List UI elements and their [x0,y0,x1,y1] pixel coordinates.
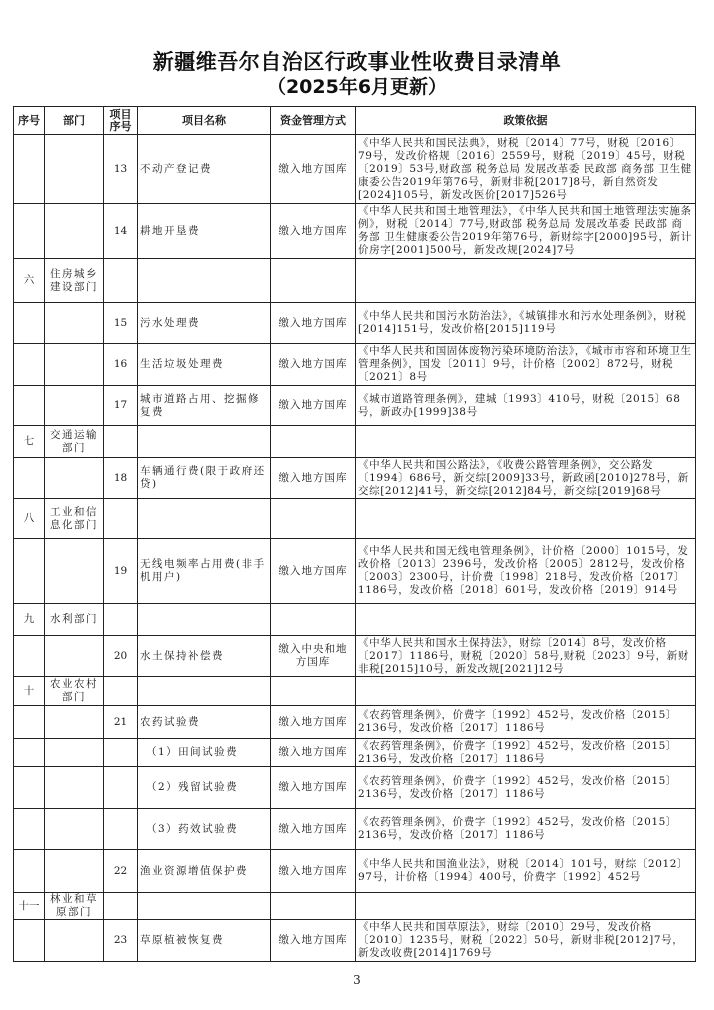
department-row: 十农业农村部门 [14,677,696,706]
row-policy-basis [356,677,696,706]
header-item-no: 项目 序号 [104,107,138,135]
row-fund-management: 缴入地方国库 [271,386,356,426]
row-no [14,636,45,677]
row-policy-basis [356,604,696,636]
row-item-no [104,893,138,920]
row-policy-basis: 《中华人民共和国固体废物污染环境防治法》，《城市市容和环境卫生管理条例》，国发〔… [356,344,696,386]
row-item-name [138,893,271,920]
row-fund-management: 缴入地方国库 [271,204,356,259]
row-fund-management: 缴入地方国库 [271,303,356,344]
row-policy-basis: 《中华人民共和国水土保持法》，财综〔2014〕8号，发改价格〔2017〕1186… [356,636,696,677]
row-item-name: 污水处理费 [138,303,271,344]
row-policy-basis: 《农药管理条例》，价费字〔1992〕452号，发改价格〔2015〕2136号，发… [356,767,696,809]
row-fund-management: 缴入地方国库 [271,344,356,386]
row-item-name: （3）药效试验费 [138,809,271,850]
row-no: 十 [14,677,45,706]
table-row: 15污水处理费缴入地方国库《中华人民共和国污水防治法》，《城镇排水和污水处理条例… [14,303,696,344]
row-fund-management [271,677,356,706]
row-policy-basis: 《中华人民共和国无线电管理条例》，计价格〔2000〕1015号，发改价格〔201… [356,539,696,604]
row-policy-basis [356,259,696,303]
row-item-no: 15 [104,303,138,344]
sub-item-row: （2）残留试验费缴入地方国库《农药管理条例》，价费字〔1992〕452号，发改价… [14,767,696,809]
row-fund-management: 缴入地方国库 [271,809,356,850]
row-item-name: 水土保持补偿费 [138,636,271,677]
row-dept: 林业和草原部门 [45,893,104,920]
row-fund-management [271,426,356,458]
row-no [14,767,45,809]
row-dept [45,458,104,499]
row-item-name [138,426,271,458]
row-item-no [104,767,138,809]
row-dept [45,767,104,809]
table-row: 14耕地开垦费缴入地方国库《中华人民共和国土地管理法》，《中华人民共和国土地管理… [14,204,696,259]
row-no [14,920,45,962]
row-dept [45,386,104,426]
table-row: 23草原植被恢复费缴入地方国库《中华人民共和国草原法》，财综〔2010〕29号，… [14,920,696,962]
row-item-no [104,604,138,636]
row-dept: 交通运输部门 [45,426,104,458]
row-no [14,706,45,739]
table-row: 18车辆通行费(限于政府还贷)缴入地方国库《中华人民共和国公路法》，《收费公路管… [14,458,696,499]
row-dept [45,135,104,204]
row-item-no: 13 [104,135,138,204]
header-no: 序号 [14,107,45,135]
row-dept [45,739,104,767]
header-basis: 政策依据 [356,107,696,135]
header-item-no-line2: 序号 [106,121,135,133]
row-item-no: 20 [104,636,138,677]
row-item-name: 渔业资源增值保护费 [138,850,271,893]
header-name: 项目名称 [138,107,271,135]
row-item-no: 19 [104,539,138,604]
row-fund-management [271,499,356,539]
row-policy-basis: 《城市道路管理条例》，建城〔1993〕410号，财税〔2015〕68号，新政办[… [356,386,696,426]
table-row: 19无线电频率占用费(非手机用户)缴入地方国库《中华人民共和国无线电管理条例》，… [14,539,696,604]
row-no [14,539,45,604]
row-item-name: 草原植被恢复费 [138,920,271,962]
row-item-no [104,739,138,767]
row-no: 九 [14,604,45,636]
table-row: 22渔业资源增值保护费缴入地方国库《中华人民共和国渔业法》，财税〔2014〕10… [14,850,696,893]
row-item-name: 生活垃圾处理费 [138,344,271,386]
row-policy-basis [356,893,696,920]
row-no: 十一 [14,893,45,920]
row-item-no [104,677,138,706]
row-fund-management: 缴入地方国库 [271,135,356,204]
table-row: 16生活垃圾处理费缴入地方国库《中华人民共和国固体废物污染环境防治法》，《城市市… [14,344,696,386]
row-fund-management: 缴入地方国库 [271,767,356,809]
table-header-row: 序号 部门 项目 序号 项目名称 资金管理方式 政策依据 [14,107,696,135]
row-no [14,386,45,426]
department-row: 七交通运输部门 [14,426,696,458]
row-item-name: 无线电频率占用费(非手机用户) [138,539,271,604]
row-dept [45,204,104,259]
row-policy-basis: 《农药管理条例》，价费字〔1992〕452号，发改价格〔2015〕2136号，发… [356,739,696,767]
row-no [14,850,45,893]
row-dept [45,809,104,850]
row-no: 六 [14,259,45,303]
row-item-name [138,677,271,706]
row-item-name: 车辆通行费(限于政府还贷) [138,458,271,499]
document-subtitle: （2025年6月更新） [0,72,714,99]
row-item-name [138,604,271,636]
department-row: 八工业和信息化部门 [14,499,696,539]
row-no [14,739,45,767]
row-item-no: 14 [104,204,138,259]
row-fund-management: 缴入地方国库 [271,739,356,767]
row-fund-management [271,604,356,636]
row-policy-basis [356,426,696,458]
row-fund-management: 缴入地方国库 [271,706,356,739]
row-item-name: 农药试验费 [138,706,271,739]
row-policy-basis: 《农药管理条例》，价费字〔1992〕452号，发改价格〔2015〕2136号，发… [356,706,696,739]
row-dept: 住房城乡建设部门 [45,259,104,303]
row-no [14,809,45,850]
fee-catalog-table: 序号 部门 项目 序号 项目名称 资金管理方式 政策依据 13不动产登记费缴入地… [13,106,696,962]
page-number: 3 [0,973,714,987]
row-no [14,303,45,344]
row-policy-basis [356,499,696,539]
sub-item-row: （3）药效试验费缴入地方国库《农药管理条例》，价费字〔1992〕452号，发改价… [14,809,696,850]
row-policy-basis: 《中华人民共和国渔业法》，财税〔2014〕101号，财综〔2012〕97号，计价… [356,850,696,893]
row-item-name: 城市道路占用、挖掘修复费 [138,386,271,426]
row-item-name: 耕地开垦费 [138,204,271,259]
row-dept [45,344,104,386]
row-no: 八 [14,499,45,539]
row-dept [45,850,104,893]
row-item-no: 18 [104,458,138,499]
row-fund-management: 缴入地方国库 [271,850,356,893]
row-policy-basis: 《中华人民共和国污水防治法》，《城镇排水和污水处理条例》，财税[2014]151… [356,303,696,344]
department-row: 九水利部门 [14,604,696,636]
row-item-no [104,499,138,539]
sub-item-row: （1）田间试验费缴入地方国库《农药管理条例》，价费字〔1992〕452号，发改价… [14,739,696,767]
table-row: 13不动产登记费缴入地方国库《中华人民共和国民法典》，财税〔2014〕77号，财… [14,135,696,204]
row-item-no [104,259,138,303]
row-policy-basis: 《中华人民共和国公路法》，《收费公路管理条例》，交公路发〔1994〕686号，新… [356,458,696,499]
row-no [14,344,45,386]
row-dept [45,303,104,344]
row-item-no: 16 [104,344,138,386]
row-policy-basis: 《中华人民共和国草原法》，财综〔2010〕29号，发改价格〔2010〕1235号… [356,920,696,962]
table-row: 17城市道路占用、挖掘修复费缴入地方国库《城市道路管理条例》，建城〔1993〕4… [14,386,696,426]
header-fund: 资金管理方式 [271,107,356,135]
department-row: 十一林业和草原部门 [14,893,696,920]
row-fund-management: 缴入地方国库 [271,539,356,604]
row-item-no: 23 [104,920,138,962]
row-policy-basis: 《中华人民共和国土地管理法》，《中华人民共和国土地管理法实施条例》，财税〔201… [356,204,696,259]
row-no [14,204,45,259]
row-item-no [104,809,138,850]
row-no [14,135,45,204]
row-dept [45,636,104,677]
row-policy-basis: 《中华人民共和国民法典》，财税〔2014〕77号，财税〔2016〕79号，发改价… [356,135,696,204]
row-item-no [104,426,138,458]
row-fund-management: 缴入地方国库 [271,458,356,499]
row-fund-management [271,893,356,920]
row-dept: 工业和信息化部门 [45,499,104,539]
row-item-no: 17 [104,386,138,426]
row-dept [45,539,104,604]
row-fund-management [271,259,356,303]
row-item-no: 21 [104,706,138,739]
row-item-name [138,499,271,539]
row-dept: 水利部门 [45,604,104,636]
row-item-name [138,259,271,303]
row-fund-management: 缴入中央和地方国库 [271,636,356,677]
row-policy-basis: 《农药管理条例》，价费字〔1992〕452号，发改价格〔2015〕2136号，发… [356,809,696,850]
row-item-name: （1）田间试验费 [138,739,271,767]
row-no [14,458,45,499]
row-dept: 农业农村部门 [45,677,104,706]
row-item-name: （2）残留试验费 [138,767,271,809]
row-item-name: 不动产登记费 [138,135,271,204]
row-item-no: 22 [104,850,138,893]
header-item-no-line1: 项目 [106,109,135,121]
table-row: 20水土保持补偿费缴入中央和地方国库《中华人民共和国水土保持法》，财综〔2014… [14,636,696,677]
row-no: 七 [14,426,45,458]
row-dept [45,706,104,739]
row-dept [45,920,104,962]
header-dept: 部门 [45,107,104,135]
table-row: 21农药试验费缴入地方国库《农药管理条例》，价费字〔1992〕452号，发改价格… [14,706,696,739]
department-row: 六住房城乡建设部门 [14,259,696,303]
row-fund-management: 缴入地方国库 [271,920,356,962]
